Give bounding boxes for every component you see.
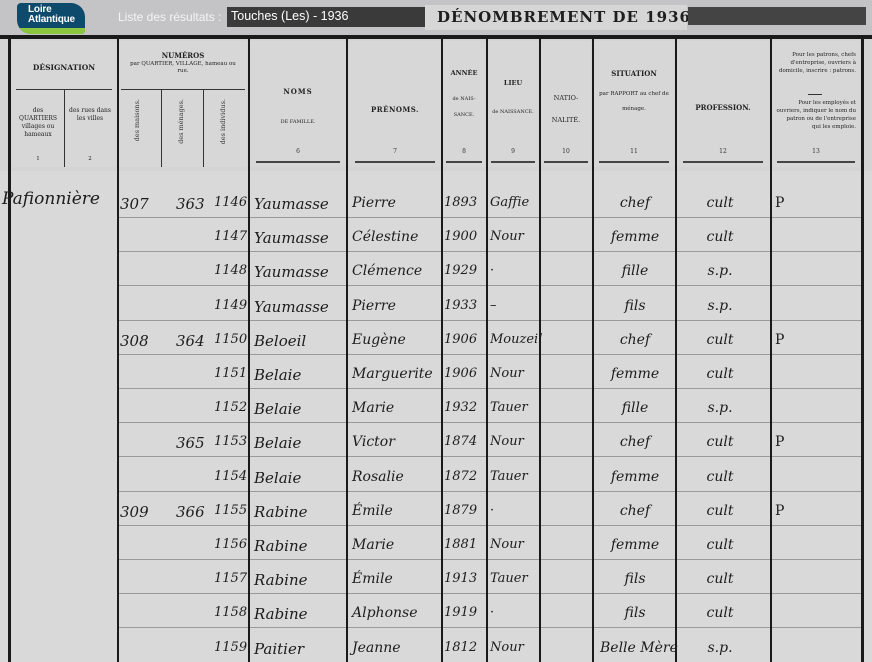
designation-sub2: des rues dans les villes	[66, 107, 114, 123]
lieu-cell: –	[490, 298, 497, 313]
noms-title: NOMS	[250, 87, 346, 96]
prenom-cell: Rosalie	[352, 469, 404, 485]
annee-rule	[446, 161, 483, 163]
menage-cell: 366	[176, 503, 205, 521]
patrons-text1: Pour les patrons, chefs d'entreprise, ou…	[776, 51, 856, 75]
lieu-cell: ·	[490, 605, 494, 620]
prenom-cell: Victor	[352, 434, 395, 450]
row-rule	[119, 559, 861, 560]
profession-cell: cult	[690, 195, 750, 211]
header-lieu: LIEU de NAISSANCE. 9	[488, 41, 538, 167]
numeros-col3: des maisons.	[133, 99, 141, 141]
col-border-5	[486, 35, 488, 662]
prenom-cell: Émile	[352, 503, 393, 519]
nom-cell: Yaumasse	[254, 229, 329, 247]
situation-cell: chef	[600, 503, 670, 519]
nom-cell: Rabine	[254, 571, 308, 589]
lieu-cell: Nour	[490, 537, 524, 552]
col-border-right	[861, 35, 864, 662]
prenom-cell: Eugène	[352, 332, 406, 348]
nom-cell: Paitier	[254, 640, 304, 658]
profession-cell: cult	[690, 503, 750, 519]
prenom-cell: Clémence	[352, 263, 422, 279]
numeros-col5: des individus.	[219, 99, 227, 144]
header-annee: ANNÉE de NAIS- SANCE. 8	[443, 41, 485, 167]
annee-cell: 1879	[444, 503, 477, 518]
row-rule	[119, 491, 861, 492]
menage-cell: 364	[176, 332, 205, 350]
situation-cell: fils	[600, 605, 670, 621]
lieu-cell: ·	[490, 503, 494, 518]
header-patrons: Pour les patrons, chefs d'entreprise, ou…	[772, 41, 860, 167]
nom-cell: Belaie	[254, 434, 301, 452]
individu-cell: 1148	[214, 263, 247, 278]
annee-cell: 1929	[444, 263, 477, 278]
maison-cell: 307	[120, 195, 149, 213]
annee-sub: de NAIS- SANCE.	[445, 91, 483, 123]
top-bar: Loire Atlantique Liste des résultats : T…	[0, 0, 872, 35]
profession-cell: s.p.	[690, 400, 750, 416]
designation-sub1: des QUARTIERS villages ou hameaux	[14, 107, 62, 139]
prenom-cell: Marie	[352, 400, 394, 416]
individu-cell: 1149	[214, 298, 247, 313]
prenom-cell: Jeanne	[352, 640, 401, 656]
situation-cell: fils	[600, 298, 670, 314]
profession-cell: s.p.	[690, 640, 750, 656]
row-rule	[119, 456, 861, 457]
situation-title: SITUATION	[594, 69, 674, 78]
logo-text: Loire Atlantique	[28, 5, 75, 25]
numeros-subtitle: par QUARTIER, VILLAGE, hameau ou rue.	[129, 61, 237, 75]
prenom-cell: Marguerite	[352, 366, 433, 382]
row-rule	[119, 593, 861, 594]
individu-cell: 1158	[214, 605, 247, 620]
individu-cell: 1147	[214, 229, 247, 244]
situation-cell: femme	[600, 229, 670, 245]
situation-sub: par RAPPORT au chef de ménage.	[598, 87, 670, 117]
situation-cell: fille	[600, 400, 670, 416]
nom-cell: Belaie	[254, 400, 301, 418]
col-border-6	[539, 35, 541, 662]
numeros-divider	[121, 89, 245, 90]
nom-cell: Belaie	[254, 366, 301, 384]
logo-line2: Atlantique	[28, 15, 75, 25]
annee-cell: 1932	[444, 400, 477, 415]
designation-num2: 2	[64, 156, 116, 162]
prenoms-title: PRÉNOMS.	[349, 105, 441, 114]
nom-cell: Rabine	[254, 605, 308, 623]
annee-cell: 1906	[444, 366, 477, 381]
situation-cell: Belle Mère	[600, 640, 670, 656]
lieu-cell: ·	[490, 263, 494, 278]
row-rule	[119, 422, 861, 423]
nom-cell: Beloeil	[254, 332, 306, 350]
lieu-cell: Tauer	[490, 400, 528, 415]
individu-cell: 1146	[214, 195, 247, 210]
row-rule	[119, 388, 861, 389]
patrons-rule	[777, 161, 854, 163]
profession-cell: cult	[690, 332, 750, 348]
nom-cell: Yaumasse	[254, 298, 329, 316]
maison-cell: 308	[120, 332, 149, 350]
noms-rule	[256, 161, 340, 163]
lieu-cell: Gaffie	[490, 195, 529, 210]
lieu-cell: Nour	[490, 434, 524, 449]
patrons-text2: Pour les employés et ouvriers, indiquer …	[776, 99, 856, 131]
profession-cell: cult	[690, 571, 750, 587]
nom-cell: Yaumasse	[254, 195, 329, 213]
designation-title: DÉSIGNATION	[12, 63, 116, 72]
annee-num: 8	[443, 148, 485, 155]
lieu-num: 9	[488, 148, 538, 155]
situation-cell: chef	[600, 434, 670, 450]
nationalite-num: 10	[541, 148, 591, 155]
situation-cell: fils	[600, 571, 670, 587]
header-designation: DÉSIGNATION des QUARTIERS villages ou ha…	[12, 41, 116, 167]
annee-cell: 1900	[444, 229, 477, 244]
nationalite-title: NATIO- NALITÉ.	[543, 87, 589, 131]
header-noms: NOMS DE FAMILLE. 6	[250, 41, 346, 167]
row-rule	[119, 354, 861, 355]
lieu-sub: de NAISSANCE.	[490, 103, 536, 121]
nom-cell: Belaie	[254, 469, 301, 487]
profession-cell: cult	[690, 537, 750, 553]
menage-cell: 363	[176, 195, 205, 213]
profession-cell: cult	[690, 229, 750, 245]
prenom-cell: Marie	[352, 537, 394, 553]
prenoms-num: 7	[349, 148, 441, 155]
header-nationalite: NATIO- NALITÉ. 10	[541, 41, 591, 167]
profession-cell: cult	[690, 605, 750, 621]
patrons-dash	[808, 94, 822, 95]
row-rule	[119, 217, 861, 218]
profession-title: PROFESSION.	[677, 103, 769, 112]
situation-cell: fille	[600, 263, 670, 279]
annee-cell: 1893	[444, 195, 477, 210]
results-label: Liste des résultats :	[118, 10, 221, 24]
prenom-cell: Émile	[352, 571, 393, 587]
individu-cell: 1150	[214, 332, 247, 347]
noms-num: 6	[250, 148, 346, 155]
row-rule	[119, 320, 861, 321]
annee-cell: 1874	[444, 434, 477, 449]
situation-num: 11	[594, 148, 674, 155]
individu-cell: 1159	[214, 640, 247, 655]
annee-cell: 1913	[444, 571, 477, 586]
toolbar-dark-bar	[688, 7, 866, 25]
noms-sub: DE FAMILLE.	[250, 119, 346, 125]
lieu-cell: Nour	[490, 640, 524, 655]
lieu-rule	[491, 161, 535, 163]
col-border-2	[248, 35, 250, 662]
nom-cell: Yaumasse	[254, 263, 329, 281]
situation-cell: chef	[600, 195, 670, 211]
document-title: DÉNOMBREMENT DE 1936.	[437, 8, 697, 26]
individu-cell: 1156	[214, 537, 247, 552]
lieu-title: LIEU	[488, 79, 538, 87]
header-profession: PROFESSION. 12	[677, 41, 769, 167]
col-border-8	[675, 35, 677, 662]
situation-cell: femme	[600, 366, 670, 382]
col-border-7	[592, 35, 594, 662]
annee-cell: 1933	[444, 298, 477, 313]
situation-cell: femme	[600, 537, 670, 553]
profession-rule	[683, 161, 764, 163]
annee-cell: 1919	[444, 605, 477, 620]
quartier-cell: Pafionnière	[2, 189, 100, 209]
numeros-title: NUMÉROS	[119, 51, 247, 60]
census-document[interactable]: DÉSIGNATION des QUARTIERS villages ou ha…	[0, 35, 872, 662]
prenom-cell: Pierre	[352, 195, 396, 211]
individu-cell: 1157	[214, 571, 247, 586]
row-rule	[119, 627, 861, 628]
nom-cell: Rabine	[254, 503, 308, 521]
profession-cell: s.p.	[690, 298, 750, 314]
maison-cell: 309	[120, 503, 149, 521]
lieu-cell: Tauer	[490, 469, 528, 484]
loire-atlantique-logo[interactable]: Loire Atlantique	[17, 3, 85, 34]
patron-cell: P	[775, 332, 784, 348]
header-numeros: NUMÉROS par QUARTIER, VILLAGE, hameau ou…	[119, 41, 247, 167]
lieu-cell: Mouzeil	[490, 332, 542, 347]
individu-cell: 1152	[214, 400, 247, 415]
lieu-cell: Nour	[490, 366, 524, 381]
annee-title: ANNÉE	[443, 69, 485, 77]
situation-cell: chef	[600, 332, 670, 348]
menage-cell: 365	[176, 434, 205, 452]
prenoms-rule	[355, 161, 436, 163]
annee-cell: 1906	[444, 332, 477, 347]
individu-cell: 1151	[214, 366, 247, 381]
row-rule	[119, 525, 861, 526]
individu-cell: 1153	[214, 434, 247, 449]
profession-cell: cult	[690, 434, 750, 450]
profession-num: 12	[677, 148, 769, 155]
profession-cell: s.p.	[690, 263, 750, 279]
col-border-3	[346, 35, 348, 662]
individu-cell: 1155	[214, 503, 247, 518]
annee-cell: 1812	[444, 640, 477, 655]
situation-rule	[599, 161, 669, 163]
annee-cell: 1881	[444, 537, 477, 552]
results-select[interactable]: Touches (Les) - 1936	[227, 7, 425, 27]
numeros-split2	[203, 89, 204, 167]
individu-cell: 1154	[214, 469, 247, 484]
col-border-left	[8, 35, 11, 662]
header-situation: SITUATION par RAPPORT au chef de ménage.…	[594, 41, 674, 167]
nationalite-rule	[544, 161, 588, 163]
annee-cell: 1872	[444, 469, 477, 484]
prenom-cell: Pierre	[352, 298, 396, 314]
prenom-cell: Alphonse	[352, 605, 417, 621]
row-rule	[119, 251, 861, 252]
numeros-split1	[161, 89, 162, 167]
nom-cell: Rabine	[254, 537, 308, 555]
numeros-col4: des ménages.	[177, 99, 185, 144]
row-rule	[119, 285, 861, 286]
col-border-1	[117, 35, 119, 662]
col-border-9	[770, 35, 772, 662]
patrons-num: 13	[772, 148, 860, 155]
patron-cell: P	[775, 503, 784, 519]
patron-cell: P	[775, 195, 784, 211]
patron-cell: P	[775, 434, 784, 450]
lieu-cell: Nour	[490, 229, 524, 244]
doc-top-border	[0, 35, 872, 39]
designation-num1: 1	[12, 156, 64, 162]
lieu-cell: Tauer	[490, 571, 528, 586]
profession-cell: cult	[690, 469, 750, 485]
header-prenoms: PRÉNOMS. 7	[349, 41, 441, 167]
profession-cell: cult	[690, 366, 750, 382]
col-border-4	[441, 35, 443, 662]
prenom-cell: Célestine	[352, 229, 418, 245]
situation-cell: femme	[600, 469, 670, 485]
